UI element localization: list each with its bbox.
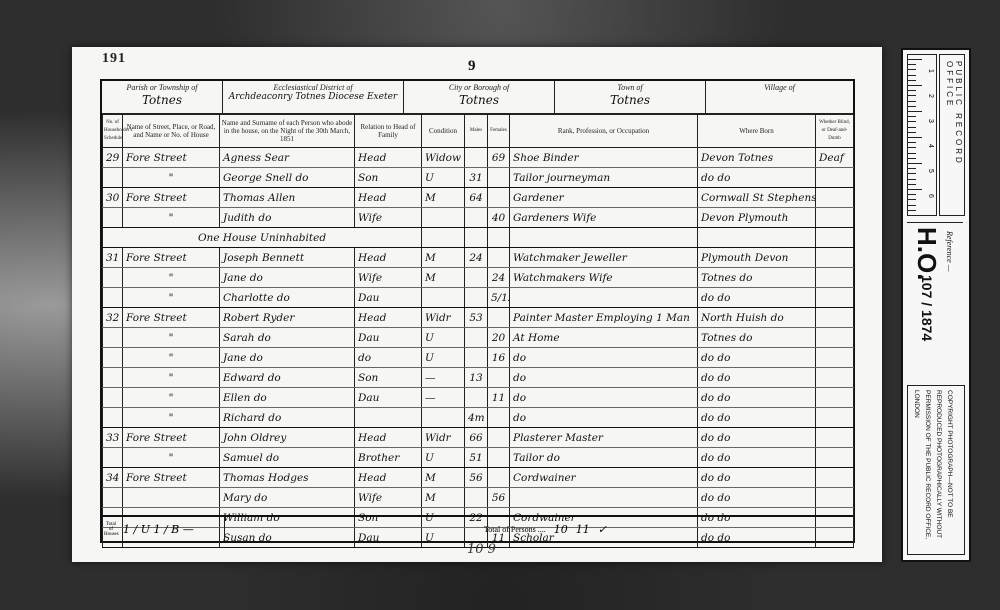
cell-relation: Head	[355, 148, 422, 168]
table-row: 34Fore StreetThomas HodgesHeadM56Cordwai…	[103, 468, 854, 488]
table-row: 30Fore StreetThomas AllenHeadM64Gardener…	[103, 188, 854, 208]
cell-street: "	[123, 268, 220, 288]
parish-label: Parish or Township of	[102, 81, 222, 92]
reference-label: Reference —	[945, 231, 954, 272]
cell-occupation	[510, 288, 698, 308]
office-label: PUBLIC RECORD OFFICE	[945, 61, 963, 215]
cell-street: "	[123, 388, 220, 408]
cell-born: do do	[698, 488, 816, 508]
cell-female	[488, 248, 510, 268]
cell-male: 56	[465, 468, 488, 488]
cell-condition	[422, 208, 465, 228]
cell-male: 66	[465, 428, 488, 448]
ruler-tick	[908, 80, 916, 81]
cell-street: "	[123, 408, 220, 428]
below-totals-note: 10 9	[467, 542, 496, 557]
cell-street	[123, 488, 220, 508]
ruler-tick	[908, 85, 922, 86]
cell-occupation: At Home	[510, 328, 698, 348]
cell-relation: Head	[355, 428, 422, 448]
cell-male: 13	[465, 368, 488, 388]
cell-schedule	[103, 488, 123, 508]
cell-female: 40	[488, 208, 510, 228]
parish-cell: Parish or Township of Totnes	[102, 81, 223, 113]
cell-female: 5/12	[488, 288, 510, 308]
table-row: 31Fore StreetJoseph BennettHeadM24Watchm…	[103, 248, 854, 268]
cell-occupation: Cordwainer	[510, 468, 698, 488]
cell-female	[488, 368, 510, 388]
table-row: "Jane doWifeM24Watchmakers WifeTotnes do	[103, 268, 854, 288]
col-age-females: Females	[488, 115, 510, 148]
cell-born: do do	[698, 168, 816, 188]
total-males: 10	[554, 523, 568, 536]
cell-male	[465, 348, 488, 368]
ecclesiastical-label: Ecclesiastical District of	[223, 81, 403, 92]
cell-male: 53	[465, 308, 488, 328]
cell-schedule: 31	[103, 248, 123, 268]
ruler-tick	[908, 116, 916, 117]
cell-relation: Head	[355, 308, 422, 328]
cell-occupation: Painter Master Employing 1 Man	[510, 308, 698, 328]
empty-cell	[816, 228, 854, 248]
cell-female: 24	[488, 268, 510, 288]
cell-name: Robert Ryder	[220, 308, 355, 328]
cell-condition: U	[422, 348, 465, 368]
cell-blind	[816, 248, 854, 268]
cell-relation: Dau	[355, 288, 422, 308]
ruler-tick	[908, 210, 916, 211]
ruler-tick	[908, 121, 916, 122]
office-label-box: PUBLIC RECORD OFFICE	[939, 54, 965, 216]
cell-born: do do	[698, 448, 816, 468]
cell-schedule	[103, 388, 123, 408]
cell-blind: Deaf	[816, 148, 854, 168]
table-row: "Sarah doDauU20At HomeTotnes do	[103, 328, 854, 348]
cell-relation: Son	[355, 168, 422, 188]
cell-relation: do	[355, 348, 422, 368]
table-row: "Charlotte doDau5/12do do	[103, 288, 854, 308]
totals-row: Total of Houses 1 / U 1 / B — Total of P…	[102, 515, 853, 541]
cell-street: "	[123, 288, 220, 308]
ruler-tick	[908, 95, 916, 96]
cell-name: Charlotte do	[220, 288, 355, 308]
total-persons-label: Total of Persons ....	[484, 525, 546, 534]
cell-name: Mary do	[220, 488, 355, 508]
ruler-tick	[908, 153, 916, 154]
cell-male	[465, 208, 488, 228]
census-page: 191 9 Parish or Township of Totnes Eccle…	[72, 47, 882, 562]
cell-born: do do	[698, 468, 816, 488]
town-value: Totnes	[555, 93, 705, 107]
cell-condition: Widr	[422, 428, 465, 448]
cell-blind	[816, 368, 854, 388]
table-row: "Jane dodoU16dodo do	[103, 348, 854, 368]
census-form: Parish or Township of Totnes Ecclesiasti…	[100, 79, 855, 543]
ruler-tick	[908, 69, 916, 70]
cell-condition: M	[422, 248, 465, 268]
cell-condition: —	[422, 388, 465, 408]
ruler-tick	[908, 137, 922, 138]
cell-born: Totnes do	[698, 268, 816, 288]
cell-blind	[816, 408, 854, 428]
cell-name: Richard do	[220, 408, 355, 428]
cell-female	[488, 428, 510, 448]
cell-born: do do	[698, 428, 816, 448]
empty-cell	[422, 228, 465, 248]
census-table: No. of Householder's Schedule Name of St…	[102, 114, 854, 548]
ruler-tick	[908, 111, 922, 112]
cell-blind	[816, 448, 854, 468]
cell-born: Devon Plymouth	[698, 208, 816, 228]
cell-male	[465, 148, 488, 168]
cell-schedule	[103, 368, 123, 388]
town-label: Town of	[555, 81, 705, 92]
cell-female	[488, 168, 510, 188]
cell-occupation: Shoe Binder	[510, 148, 698, 168]
cell-relation: Head	[355, 468, 422, 488]
table-row: "Ellen doDau—11dodo do	[103, 388, 854, 408]
col-relation: Relation to Head of Family	[355, 115, 422, 148]
copyright-notice: COPYRIGHT PHOTOGRAPH—NOT TO BE REPRODUCE…	[911, 390, 955, 554]
folio-number: 191	[102, 51, 126, 67]
cell-street: Fore Street	[123, 248, 220, 268]
ruler-tick	[908, 189, 922, 190]
cell-street: Fore Street	[123, 428, 220, 448]
cell-street: "	[123, 208, 220, 228]
reference-box: H.O. Reference — 107 / 1874	[907, 222, 963, 383]
ruler-number: 4	[927, 144, 934, 148]
cell-condition: U	[422, 328, 465, 348]
cell-occupation: Watchmaker Jeweller	[510, 248, 698, 268]
town-cell: Town of Totnes	[555, 81, 706, 113]
checkmark-icon: ✓	[598, 523, 607, 536]
cell-condition	[422, 288, 465, 308]
cell-name: Thomas Hodges	[220, 468, 355, 488]
cell-street: "	[123, 168, 220, 188]
cell-occupation: do	[510, 348, 698, 368]
ruler-tick	[908, 168, 916, 169]
table-row: 33Fore StreetJohn OldreyHeadWidr66Plaste…	[103, 428, 854, 448]
borough-value: Totnes	[404, 93, 554, 107]
cell-occupation: Tailor journeyman	[510, 168, 698, 188]
cell-male: 24	[465, 248, 488, 268]
col-name: Name and Surname of each Person who abod…	[220, 115, 355, 148]
total-houses: Total of Houses 1 / U 1 / B —	[102, 517, 225, 541]
cell-occupation: do	[510, 408, 698, 428]
cell-schedule: 32	[103, 308, 123, 328]
cell-schedule: 30	[103, 188, 123, 208]
borough-cell: City or Borough of Totnes	[404, 81, 555, 113]
cell-schedule	[103, 288, 123, 308]
empty-cell	[698, 228, 816, 248]
cell-condition: M	[422, 268, 465, 288]
ruler-tick	[908, 127, 916, 128]
cell-born: North Huish do	[698, 308, 816, 328]
cell-blind	[816, 188, 854, 208]
series-code: H.O.	[911, 227, 942, 280]
col-born: Where Born	[698, 115, 816, 148]
cell-male: 64	[465, 188, 488, 208]
column-headers: No. of Householder's Schedule Name of St…	[103, 115, 854, 148]
cell-occupation: Tailor do	[510, 448, 698, 468]
col-blind: Whether Blind, or Deaf-and-Dumb	[816, 115, 854, 148]
cell-relation	[355, 408, 422, 428]
cell-male	[465, 488, 488, 508]
cell-blind	[816, 488, 854, 508]
cell-blind	[816, 288, 854, 308]
cell-blind	[816, 328, 854, 348]
cell-schedule	[103, 208, 123, 228]
cell-schedule	[103, 408, 123, 428]
cell-relation: Wife	[355, 488, 422, 508]
col-condition: Condition	[422, 115, 465, 148]
cell-street: "	[123, 368, 220, 388]
cell-blind	[816, 468, 854, 488]
ruler-tick	[908, 173, 916, 174]
cell-born: do do	[698, 388, 816, 408]
cell-born: Devon Totnes	[698, 148, 816, 168]
cell-blind	[816, 428, 854, 448]
cell-schedule: 29	[103, 148, 123, 168]
cell-condition: U	[422, 448, 465, 468]
table-row: "Edward doSon—13dodo do	[103, 368, 854, 388]
ruler-tick	[908, 158, 916, 159]
cell-blind	[816, 168, 854, 188]
cell-born: do do	[698, 408, 816, 428]
cell-condition: M	[422, 488, 465, 508]
cell-street: Fore Street	[123, 148, 220, 168]
cell-name: Judith do	[220, 208, 355, 228]
col-occupation: Rank, Profession, or Occupation	[510, 115, 698, 148]
ruler-tick	[908, 194, 916, 195]
uninhabited-note: One House Uninhabited	[103, 228, 422, 248]
cell-blind	[816, 388, 854, 408]
cell-relation: Head	[355, 248, 422, 268]
ruler-tick	[908, 64, 916, 65]
cell-name: Jane do	[220, 348, 355, 368]
cell-female: 11	[488, 388, 510, 408]
cell-occupation: do	[510, 368, 698, 388]
cell-street: "	[123, 348, 220, 368]
ruler-tick	[908, 90, 916, 91]
cell-born: Plymouth Devon	[698, 248, 816, 268]
cell-born: Totnes do	[698, 328, 816, 348]
total-persons: Total of Persons .... 10 11 ✓	[225, 517, 853, 541]
cell-occupation: Gardener	[510, 188, 698, 208]
cell-female	[488, 308, 510, 328]
cell-male: 51	[465, 448, 488, 468]
table-row: "George Snell doSonU31Tailor journeymand…	[103, 168, 854, 188]
cell-occupation: Gardeners Wife	[510, 208, 698, 228]
cell-schedule	[103, 168, 123, 188]
cell-relation: Wife	[355, 268, 422, 288]
cell-schedule	[103, 448, 123, 468]
cell-female	[488, 448, 510, 468]
ruler-tick	[908, 199, 916, 200]
ruler-scale: 123456	[907, 54, 937, 216]
cell-schedule	[103, 268, 123, 288]
cell-male: 31	[465, 168, 488, 188]
total-houses-label: Total of Houses	[104, 522, 118, 537]
col-schedule: No. of Householder's Schedule	[103, 115, 123, 148]
cell-relation: Head	[355, 188, 422, 208]
cell-male	[465, 328, 488, 348]
cell-name: Agness Sear	[220, 148, 355, 168]
ruler-number: 5	[927, 169, 934, 173]
cell-condition: Widr	[422, 308, 465, 328]
ruler-tick	[908, 184, 916, 185]
cell-condition: M	[422, 468, 465, 488]
cell-relation: Wife	[355, 208, 422, 228]
cell-female	[488, 468, 510, 488]
cell-born: do do	[698, 288, 816, 308]
cell-name: John Oldrey	[220, 428, 355, 448]
cell-male	[465, 268, 488, 288]
cell-name: Thomas Allen	[220, 188, 355, 208]
cell-schedule	[103, 348, 123, 368]
cell-street: "	[123, 448, 220, 468]
empty-cell	[488, 228, 510, 248]
ruler-tick	[908, 179, 916, 180]
reference-strip: 123456 PUBLIC RECORD OFFICE H.O. Referen…	[901, 48, 971, 562]
cell-female: 20	[488, 328, 510, 348]
cell-occupation: Plasterer Master	[510, 428, 698, 448]
cell-male: 4m	[465, 408, 488, 428]
table-row: Mary doWifeM56do do	[103, 488, 854, 508]
cell-schedule: 33	[103, 428, 123, 448]
cell-relation: Brother	[355, 448, 422, 468]
ruler-number: 3	[927, 119, 934, 123]
cell-male	[465, 288, 488, 308]
cell-occupation: do	[510, 388, 698, 408]
cell-schedule	[103, 328, 123, 348]
cell-blind	[816, 268, 854, 288]
empty-cell	[465, 228, 488, 248]
cell-name: Ellen do	[220, 388, 355, 408]
cell-condition: —	[422, 368, 465, 388]
cell-name: George Snell do	[220, 168, 355, 188]
ecclesiastical-cell: Ecclesiastical District of Archdeaconry …	[223, 81, 404, 113]
ruler-tick	[908, 147, 916, 148]
copyright-box: COPYRIGHT PHOTOGRAPH—NOT TO BE REPRODUCE…	[907, 385, 965, 555]
ruler-tick	[908, 75, 916, 76]
cell-name: Jane do	[220, 268, 355, 288]
cell-female: 69	[488, 148, 510, 168]
cell-blind	[816, 208, 854, 228]
cell-female	[488, 408, 510, 428]
table-row: "Samuel doBrotherU51Tailor dodo do	[103, 448, 854, 468]
cell-condition	[422, 408, 465, 428]
col-age-males: Males	[465, 115, 488, 148]
ruler-tick	[908, 101, 916, 102]
cell-blind	[816, 308, 854, 328]
cell-condition: U	[422, 168, 465, 188]
table-row: One House Uninhabited	[103, 228, 854, 248]
cell-name: Samuel do	[220, 448, 355, 468]
ruler-number: 1	[927, 69, 934, 73]
parish-value: Totnes	[102, 93, 222, 107]
ruler-tick	[908, 205, 916, 206]
page-number: 9	[468, 58, 476, 75]
cell-born: do do	[698, 348, 816, 368]
table-row: "Richard do4mdodo do	[103, 408, 854, 428]
piece-number: 107 / 1874	[919, 275, 935, 341]
cell-name: Joseph Bennett	[220, 248, 355, 268]
cell-schedule: 34	[103, 468, 123, 488]
cell-relation: Son	[355, 368, 422, 388]
table-row: 29Fore StreetAgness SearHeadWidow69Shoe …	[103, 148, 854, 168]
cell-relation: Dau	[355, 388, 422, 408]
cell-name: Edward do	[220, 368, 355, 388]
total-females: 11	[576, 523, 590, 536]
borough-label: City or Borough of	[404, 81, 554, 92]
cell-street: Fore Street	[123, 468, 220, 488]
ecclesiastical-value: Archdeaconry Totnes Diocese Exeter	[223, 93, 403, 102]
village-label: Village of	[706, 81, 853, 92]
cell-name: Sarah do	[220, 328, 355, 348]
cell-born: do do	[698, 368, 816, 388]
ruler-tick	[908, 132, 916, 133]
cell-street: "	[123, 328, 220, 348]
ruler-tick	[908, 106, 916, 107]
table-row: 32Fore StreetRobert RyderHeadWidr53Paint…	[103, 308, 854, 328]
cell-female: 16	[488, 348, 510, 368]
cell-female: 56	[488, 488, 510, 508]
cell-condition: M	[422, 188, 465, 208]
cell-condition: Widow	[422, 148, 465, 168]
empty-cell	[510, 228, 698, 248]
cell-street: Fore Street	[123, 308, 220, 328]
total-houses-value: 1 / U 1 / B —	[123, 523, 194, 536]
cell-relation: Dau	[355, 328, 422, 348]
cell-occupation: Watchmakers Wife	[510, 268, 698, 288]
district-header: Parish or Township of Totnes Ecclesiasti…	[102, 81, 853, 114]
table-row: "Judith doWife40Gardeners WifeDevon Plym…	[103, 208, 854, 228]
ruler-tick	[908, 59, 922, 60]
cell-blind	[816, 348, 854, 368]
cell-occupation	[510, 488, 698, 508]
cell-male	[465, 388, 488, 408]
col-street: Name of Street, Place, or Road, and Name…	[123, 115, 220, 148]
village-cell: Village of	[706, 81, 853, 113]
cell-female	[488, 188, 510, 208]
ruler-tick	[908, 142, 916, 143]
cell-born: Cornwall St Stephens	[698, 188, 816, 208]
cell-street: Fore Street	[123, 188, 220, 208]
ruler-number: 6	[927, 194, 934, 198]
ruler-tick	[908, 163, 922, 164]
ruler-number: 2	[927, 94, 934, 98]
